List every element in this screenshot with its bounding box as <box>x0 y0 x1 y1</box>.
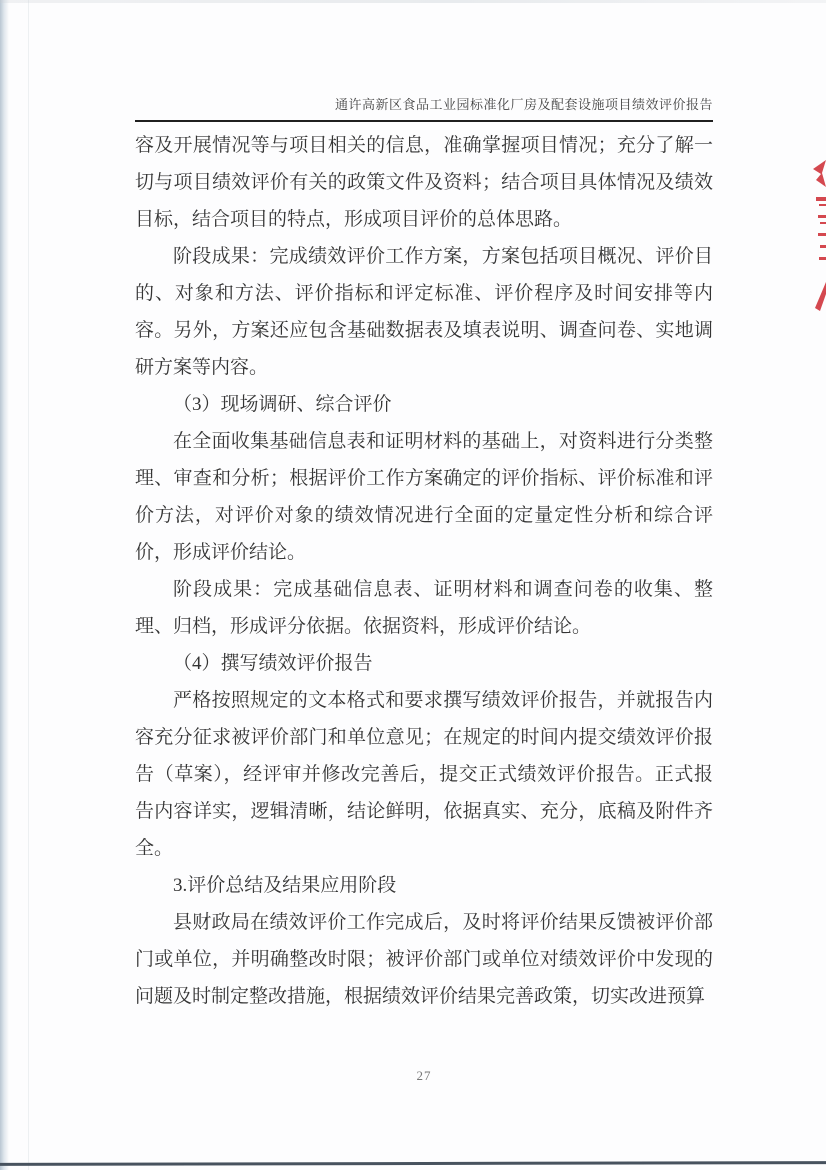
page-left-edge-shadow <box>0 0 9 1170</box>
running-header-title: 通许高新区食品工业园标准化厂房及配套设施项目绩效评价报告 <box>135 94 713 113</box>
page-number: 27 <box>135 1068 713 1084</box>
section-heading: （3）现场调研、综合评价 <box>135 386 713 423</box>
section-heading: 3.评价总结及结果应用阶段 <box>135 867 713 904</box>
page-left-fold-line <box>28 0 29 1170</box>
body-paragraph: 容及开展情况等与项目相关的信息，准确掌握项目情况；充分了解一切与项目绩效评价有关… <box>135 127 713 238</box>
body-paragraph: 严格按照规定的文本格式和要求撰写绩效评价报告，并就报告内容充分征求被评价部门和单… <box>135 682 713 867</box>
document-page: 通许高新区食品工业园标准化厂房及配套设施项目绩效评价报告 容及开展情况等与项目相… <box>0 0 826 1170</box>
body-paragraph: 县财政局在绩效评价工作完成后，及时将评价结果反馈被评价部门或单位，并明确整改时限… <box>135 904 713 1015</box>
page-bottom-edge-line <box>0 1161 826 1166</box>
body-text: 容及开展情况等与项目相关的信息，准确掌握项目情况；充分了解一切与项目绩效评价有关… <box>135 127 713 1015</box>
body-paragraph: 阶段成果：完成基础信息表、证明材料和调查问卷的收集、整理、归档，形成评分依据。依… <box>135 571 713 645</box>
section-heading: （4）撰写绩效评价报告 <box>135 645 713 682</box>
body-paragraph: 在全面收集基础信息表和证明材料的基础上，对资料进行分类整理、审查和分析；根据评价… <box>135 423 713 571</box>
red-seal-fragment-icon <box>806 160 826 315</box>
header-rule <box>135 120 713 122</box>
body-paragraph: 阶段成果：完成绩效评价工作方案，方案包括项目概况、评价目的、对象和方法、评价指标… <box>135 238 713 386</box>
content-column: 通许高新区食品工业园标准化厂房及配套设施项目绩效评价报告 容及开展情况等与项目相… <box>135 0 713 1015</box>
